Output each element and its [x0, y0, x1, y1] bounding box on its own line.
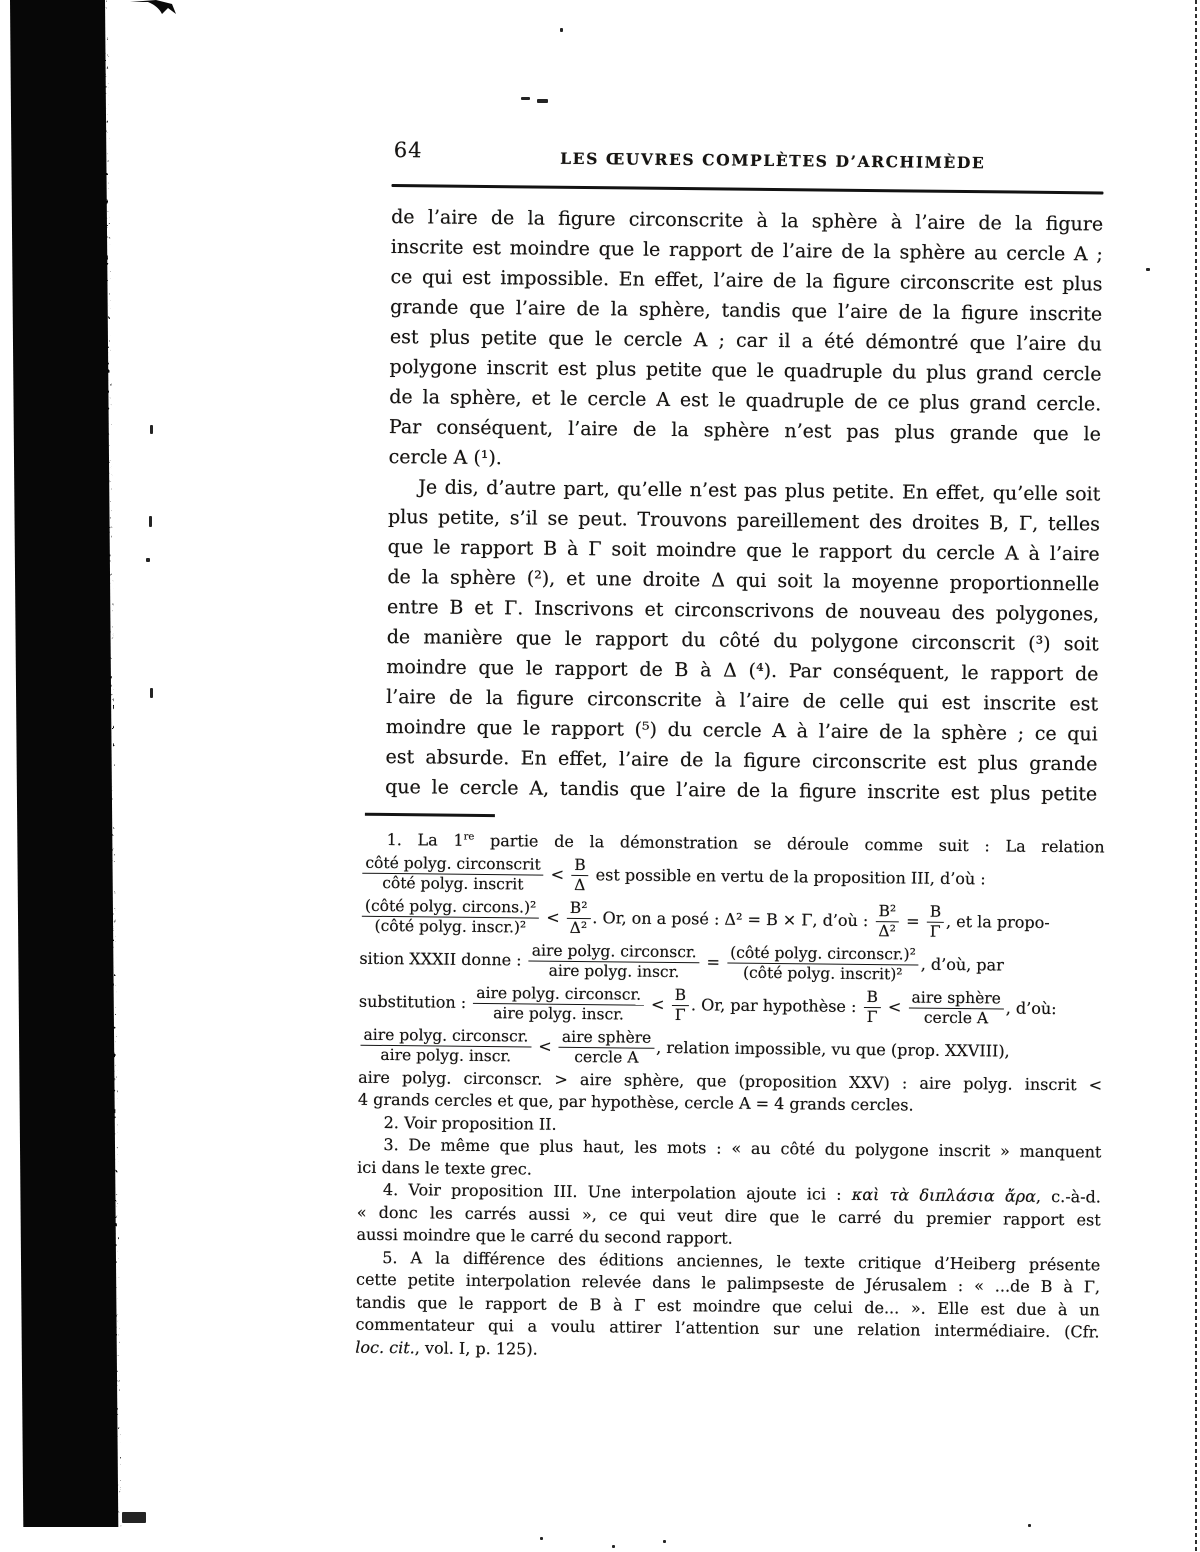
fraction: BΔ — [571, 856, 589, 893]
fraction-denominator: Δ — [571, 875, 589, 893]
fraction-denominator: Γ — [671, 1006, 689, 1024]
scanned-book-page: { "page": { "number": "64", "running_tit… — [0, 0, 1200, 1552]
fraction: B²Δ² — [567, 899, 591, 936]
fraction: (côté polyg. circonscr.)²(côté polyg. in… — [727, 944, 919, 983]
scan-speck — [663, 1540, 666, 1543]
fraction-numerator: aire polyg. circonscr. — [360, 1027, 531, 1048]
footnote-line: aire polyg. circonscr.aire polyg. inscr.… — [358, 1024, 1102, 1075]
footnote-line: sition XXXII donne : aire polyg. circons… — [359, 937, 1103, 988]
fraction-numerator: (côté polyg. circons.)² — [362, 897, 540, 918]
fraction: BΓ — [926, 903, 944, 940]
fraction-numerator: aire sphère — [908, 989, 1004, 1009]
fraction-denominator: aire polyg. inscr. — [529, 961, 700, 981]
fraction-numerator: aire polyg. circonscr. — [473, 985, 644, 1006]
fraction-numerator: B — [927, 903, 945, 922]
fraction-denominator: (côté polyg. inscr.)² — [362, 916, 540, 936]
gutter-noise-texture — [105, 0, 164, 1527]
scan-speck — [521, 97, 530, 100]
body-line: que le cercle A, tandis que l’aire de la… — [385, 772, 1097, 809]
italic-text: loc. cit. — [355, 1338, 415, 1358]
fraction-numerator: côté polyg. circonscrit — [362, 854, 544, 875]
footnote-line: substitution : aire polyg. circonscr.air… — [359, 980, 1103, 1031]
fraction-numerator: B² — [875, 903, 899, 922]
fraction-denominator: Δ² — [567, 919, 591, 937]
body-text: de l’aire de la figure circonscrite à la… — [385, 202, 1103, 809]
page-content: 64 LES ŒUVRES COMPLÈTES D’ARCHIMÈDE de l… — [379, 138, 1104, 1367]
book-gutter-strip — [10, 0, 121, 1527]
fraction: BΓ — [863, 989, 881, 1026]
scan-speck — [540, 1537, 543, 1540]
running-title: LES ŒUVRES COMPLÈTES D’ARCHIMÈDE — [452, 148, 1094, 174]
scan-speck — [150, 425, 153, 434]
fraction-numerator: B — [672, 987, 690, 1006]
fraction-denominator: Γ — [863, 1008, 881, 1026]
fraction-numerator: aire polyg. circonscr. — [529, 942, 700, 963]
footnote-line: (côté polyg. circons.)²(côté polyg. insc… — [360, 894, 1104, 945]
fraction-denominator: Δ² — [875, 922, 899, 940]
fraction: aire polyg. circonscr.aire polyg. inscr. — [360, 1027, 531, 1066]
fraction: aire polyg. circonscr.aire polyg. inscr. — [473, 985, 644, 1024]
fraction-denominator: aire polyg. inscr. — [360, 1046, 531, 1066]
scan-speck — [537, 99, 548, 103]
fraction-numerator: B² — [567, 899, 591, 918]
footnotes: 1. La 1re partie de la démonstration se … — [355, 829, 1105, 1367]
scan-speck — [1146, 268, 1150, 271]
fraction: BΓ — [671, 987, 689, 1024]
scan-speck — [122, 1512, 146, 1523]
scan-speck — [560, 28, 563, 32]
fraction: côté polyg. circonscritcôté polyg. inscr… — [362, 854, 544, 893]
footnote-line: côté polyg. circonscritcôté polyg. inscr… — [360, 851, 1104, 902]
fraction: (côté polyg. circons.)²(côté polyg. insc… — [362, 897, 540, 936]
scan-speck — [150, 688, 153, 698]
footnote-separator — [365, 813, 495, 817]
fraction-denominator: côté polyg. inscrit — [362, 873, 544, 893]
page-header: 64 LES ŒUVRES COMPLÈTES D’ARCHIMÈDE — [392, 138, 1104, 191]
fraction-denominator: aire polyg. inscr. — [473, 1004, 644, 1024]
scan-speck — [1028, 1524, 1031, 1527]
fraction: B²Δ² — [875, 903, 899, 940]
scan-speck — [146, 558, 150, 562]
fraction-numerator: B — [571, 856, 589, 875]
scan-speck — [612, 1545, 615, 1548]
italic-text: καὶ τὰ διπλάσια ἄρα — [852, 1185, 1036, 1206]
fraction-denominator: Γ — [926, 922, 944, 940]
fraction-numerator: aire sphère — [559, 1029, 655, 1049]
fraction: aire polyg. circonscr.aire polyg. inscr. — [529, 942, 700, 981]
fraction-denominator: (côté polyg. inscrit)² — [727, 963, 919, 983]
scan-speck — [149, 516, 152, 527]
superscript: re — [464, 831, 475, 842]
fraction-denominator: cercle A — [908, 1008, 1004, 1027]
page-number: 64 — [394, 138, 423, 162]
fraction: aire sphèrecercle A — [908, 989, 1004, 1027]
fraction-numerator: (côté polyg. circonscr.)² — [727, 944, 919, 965]
page-edge-line — [1195, 0, 1197, 1552]
fraction: aire sphèrecercle A — [559, 1029, 655, 1067]
fraction-denominator: cercle A — [559, 1048, 655, 1067]
fraction-numerator: B — [863, 989, 881, 1008]
gutter-top-hook-mark — [128, 0, 180, 36]
